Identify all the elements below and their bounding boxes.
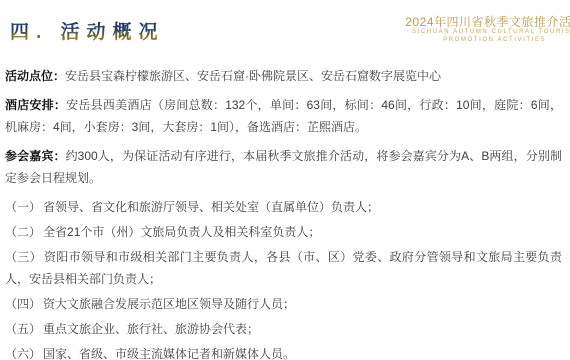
- paragraph-text: 约300人，为保证活动有序进行，本届秋季文旅推介活动，将参会嘉宾分为A、B两组，…: [5, 149, 562, 186]
- list-text: 资阳市领导和市级相关部门主要负责人，各县（市、区）党委、政府分管领导和文旅局主要…: [5, 250, 562, 287]
- paragraph-label: 酒店安排：: [5, 98, 66, 112]
- list-text: 重点文旅企业、旅行社、旅游协会代表；: [43, 322, 259, 336]
- event-title-cn: 2024年四川省秋季文旅推介活动: [405, 15, 570, 29]
- paragraph-attendees: 参会嘉宾：约300人，为保证活动有序进行，本届秋季文旅推介活动，将参会嘉宾分为A…: [5, 145, 562, 190]
- header: 四. 活动概况 2024年四川省秋季文旅推介活动 SICHUAN AUTUMN …: [0, 0, 570, 58]
- list-text: 资大文旅融合发展示范区地区领导及随行人员；: [43, 297, 295, 311]
- paragraph-label: 活动点位：: [5, 69, 65, 83]
- paragraph-text: 安岳县西美酒店（房间总数：132个，单间：63间，标间：46间，行政：10间，庭…: [5, 98, 562, 135]
- list-text: 国家、省级、市级主流媒体记者和新媒体人员。: [43, 347, 295, 360]
- paragraph-label: 参会嘉宾：: [5, 149, 66, 163]
- list-marker: （六）: [5, 347, 41, 360]
- list-marker: （二）: [5, 225, 41, 239]
- slide-page: 四. 活动概况 2024年四川省秋季文旅推介活动 SICHUAN AUTUMN …: [0, 0, 570, 360]
- list-marker: （一）: [5, 200, 41, 214]
- list-text: 省领导、省文化和旅游厅领导、相关处室（直属单位）负责人；: [43, 200, 379, 214]
- list-marker: （五）: [5, 322, 41, 336]
- list-item-6: （六）国家、省级、市级主流媒体记者和新媒体人员。: [5, 343, 562, 360]
- list-item-5: （五）重点文旅企业、旅行社、旅游协会代表；: [5, 318, 562, 341]
- event-subtitle-en-line1: SICHUAN AUTUMN CULTURAL TOURISM: [405, 29, 570, 37]
- list-item-1: （一）省领导、省文化和旅游厅领导、相关处室（直属单位）负责人；: [5, 196, 562, 219]
- paragraph-text: 安岳县宝森柠檬旅游区、安岳石窟·卧佛院景区、安岳石窟数字展览中心: [65, 69, 441, 83]
- event-subtitle-en-line2: PROMOTION ACTIVITIES: [405, 37, 570, 45]
- paragraph-hotel-arrangement: 酒店安排：安岳县西美酒店（房间总数：132个，单间：63间，标间：46间，行政：…: [5, 94, 562, 139]
- list-item-3: （三）资阳市领导和市级相关部门主要负责人，各县（市、区）党委、政府分管领导和文旅…: [5, 246, 562, 291]
- list-marker: （四）: [5, 297, 41, 311]
- event-brand: 2024年四川省秋季文旅推介活动 SICHUAN AUTUMN CULTURAL…: [405, 15, 570, 44]
- slide-body: 活动点位：安岳县宝森柠檬旅游区、安岳石窟·卧佛院景区、安岳石窟数字展览中心 酒店…: [0, 58, 570, 360]
- paragraph-activity-venues: 活动点位：安岳县宝森柠檬旅游区、安岳石窟·卧佛院景区、安岳石窟数字展览中心: [5, 65, 562, 88]
- list-marker: （三）: [5, 250, 42, 264]
- page-title: 四. 活动概况: [10, 17, 165, 44]
- list-item-4: （四）资大文旅融合发展示范区地区领导及随行人员；: [5, 293, 562, 316]
- list-text: 全省21个市（州）文旅局负责人及相关科室负责人；: [43, 225, 320, 239]
- list-item-2: （二）全省21个市（州）文旅局负责人及相关科室负责人；: [5, 221, 562, 244]
